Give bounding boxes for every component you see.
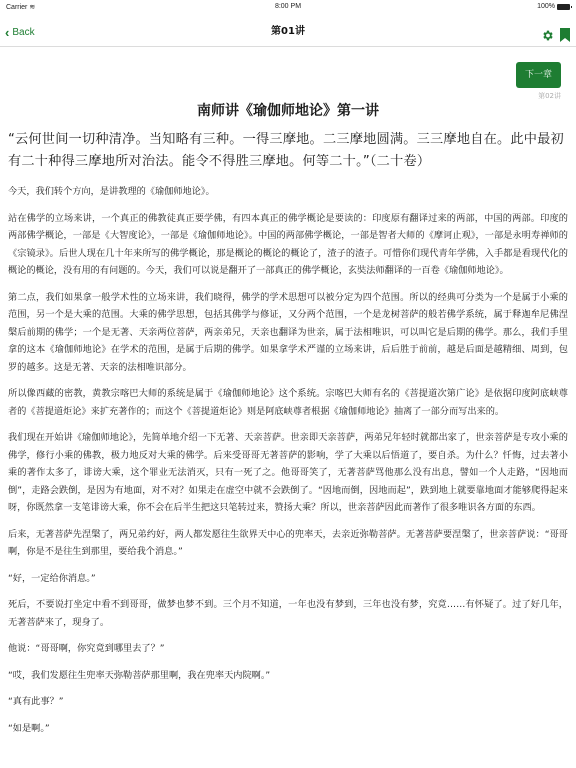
paragraph: 今天，我们转个方向，是讲教理的《瑜伽师地论》。 xyxy=(8,183,568,201)
article-title: 南师讲《瑜伽师地论》第一讲 xyxy=(8,100,568,120)
bookmark-icon[interactable] xyxy=(560,28,570,42)
paragraph: 死后，不要说打坐定中看不到哥哥，做梦也梦不到。三个月不知道，一年也没有梦到，三年… xyxy=(8,596,568,631)
paragraph: 第二点，我们如果拿一般学术性的立场来讲，我们晓得，佛学的学术思想可以被分定为四个… xyxy=(8,289,568,377)
nav-actions xyxy=(541,28,570,42)
battery-percent: 100% xyxy=(537,3,555,10)
navigation-bar: ‹ Back 第01讲 xyxy=(0,14,576,47)
page-title: 第01讲 xyxy=(0,22,576,37)
status-bar: Carrier ≋ 8:00 PM 100% xyxy=(0,0,576,14)
paragraph: “好，一定给你消息。” xyxy=(8,570,568,588)
paragraph: “如是啊。” xyxy=(8,720,568,738)
paragraph: 站在佛学的立场来讲，一个真正的佛教徒真正要学佛，有四本真正的佛学概论是要读的：印… xyxy=(8,210,568,280)
next-chapter-area: 下一章 第02讲 xyxy=(516,62,561,101)
paragraph: 他说：“哥哥啊，你究竟到哪里去了？” xyxy=(8,640,568,658)
paragraph: “真有此事？” xyxy=(8,693,568,711)
gear-icon[interactable] xyxy=(541,29,554,42)
status-time: 8:00 PM xyxy=(0,3,576,10)
paragraph: 所以像西藏的密教，黄教宗喀巴大师的系统是属于《瑜伽师地论》这个系统。宗喀巴大师有… xyxy=(8,385,568,420)
next-chapter-button[interactable]: 下一章 xyxy=(516,62,561,88)
battery-indicator: 100% xyxy=(537,3,570,10)
article-quote: “云何世间一切种清净。当知略有三种。一得三摩地。二三摩地圆满。三三摩地自在。此中… xyxy=(8,129,568,173)
paragraph: “哎，我们发愿往生兜率天弥勒菩萨那里啊，我在兜率天内院啊。” xyxy=(8,667,568,685)
paragraph: 后来，无著菩萨先涅槃了，两兄弟约好，两人都发愿往生欲界天中心的兜率天，去亲近弥勒… xyxy=(8,526,568,561)
paragraph: 我们现在开始讲《瑜伽师地论》，先简单地介绍一下无著、天亲菩萨。世亲即天亲菩萨，两… xyxy=(8,429,568,517)
article-content: 南师讲《瑜伽师地论》第一讲 “云何世间一切种清净。当知略有三种。一得三摩地。二三… xyxy=(8,100,568,746)
battery-icon xyxy=(557,4,570,10)
